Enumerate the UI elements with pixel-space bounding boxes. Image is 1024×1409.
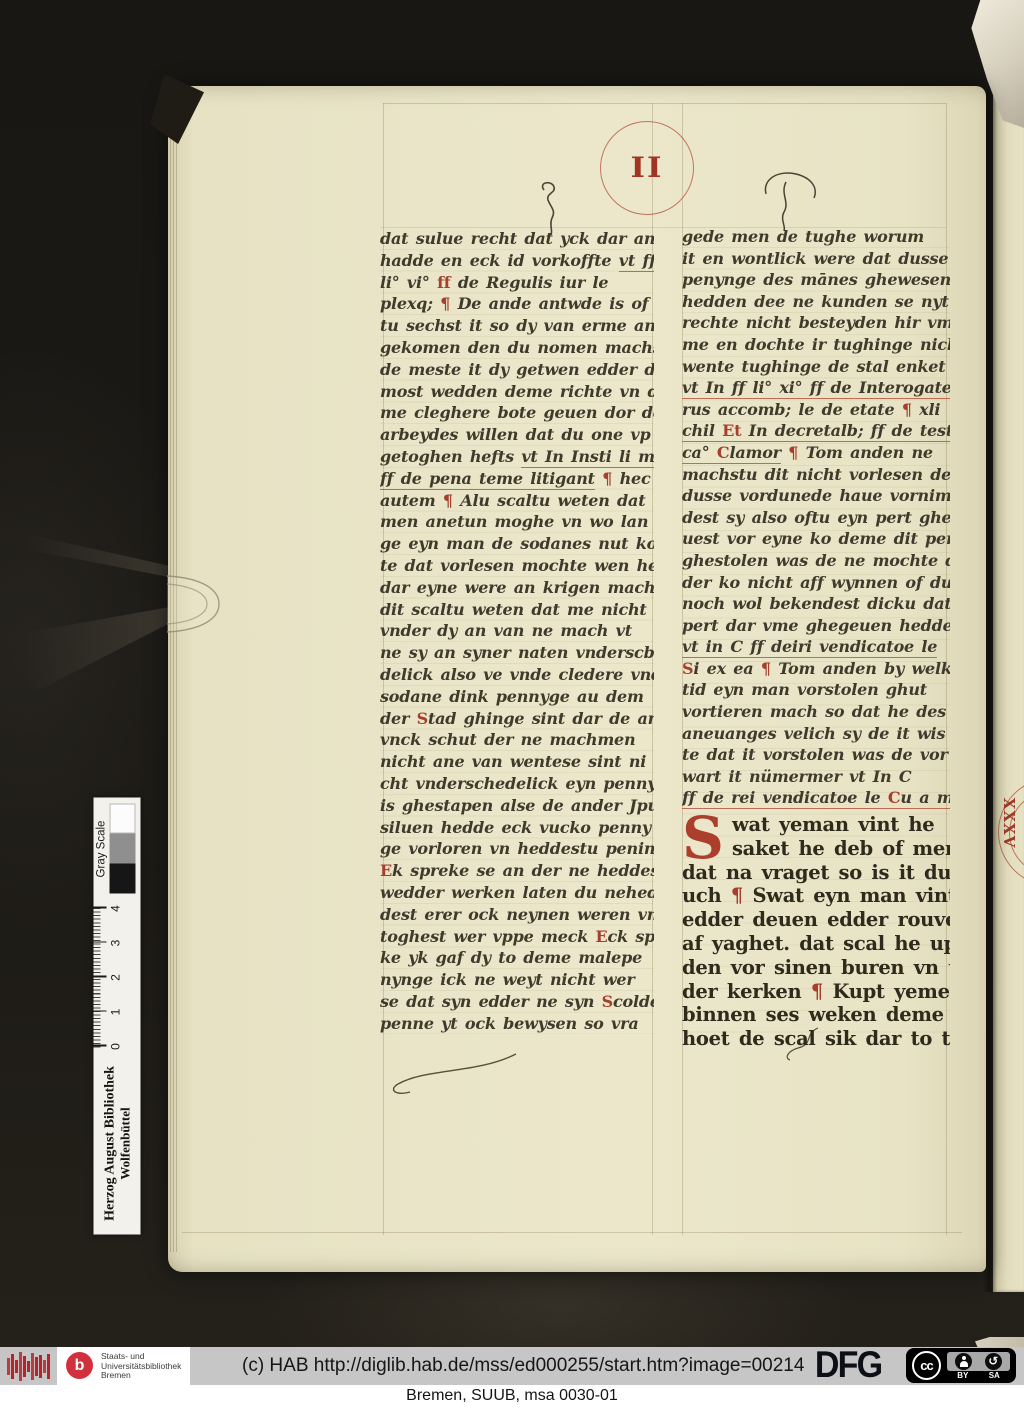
person-head xyxy=(962,1356,966,1360)
manuscript-line: ca° Clamor ¶ Tom anden ne xyxy=(682,442,950,464)
manuscript-line: gede men de tughe worum xyxy=(682,226,950,248)
manuscript-line: vt In ff li° xi° ff de Interogate xyxy=(682,377,950,399)
manuscript-text: den vor sinen buren vn to xyxy=(682,956,950,979)
manuscript-text: arbeydes willen dat du one vp xyxy=(380,425,650,444)
manuscript-text: dat sulue recht dat yck dar ane xyxy=(380,229,654,248)
manuscript-text: hadde en eck id vorkoffte xyxy=(380,251,619,270)
cc-by-sa-block: ↺ BY SA xyxy=(947,1352,1010,1380)
manuscript-text: wart it nümermer vt In C xyxy=(682,767,911,786)
rubricated-text: Et xyxy=(722,421,741,442)
manuscript-text: vnck schut der ne machmen xyxy=(380,730,635,749)
manuscript-text: machstu dit nicht vorlesen des xyxy=(682,465,950,484)
folio-circle: II xyxy=(600,121,694,215)
manuscript-line: edder deuen edder rouveren xyxy=(682,908,950,932)
ruler-major-tick xyxy=(93,941,106,943)
manuscript-line: sodane dink pennyge au dem xyxy=(380,686,654,708)
manuscript-text: saket he deb of men xyxy=(732,837,950,860)
manuscript-text: der kerken xyxy=(682,980,811,1003)
person-body xyxy=(960,1361,968,1367)
rubricated-text: ¶ xyxy=(902,400,919,421)
footer-bar: b Staats- und Universitätsbibliothek Bre… xyxy=(0,1347,1024,1385)
manuscript-line: tu sechst it so dy van erme an xyxy=(380,315,654,337)
manuscript-text: gede men de tughe worum xyxy=(682,227,924,246)
manuscript-text: ne sy an syner naten vnderscbe xyxy=(380,643,654,662)
rubricated-text: ¶ xyxy=(731,884,753,907)
cc-label-row: BY SA xyxy=(947,1371,1010,1380)
manuscript-text: rus accomb; le de etate xyxy=(682,400,902,421)
rubricated-text: ¶ xyxy=(761,659,778,678)
manuscript-text: k spreke se an der ne heddestu xyxy=(392,861,654,880)
centimeter-ruler: 01234 xyxy=(93,900,140,1052)
manuscript-text: wente tughinge de stal enket syn xyxy=(682,357,950,376)
manuscript-line: nicht ane van wentese sint ni xyxy=(380,751,654,773)
manuscript-line: me en dochte ir tughinge nicht xyxy=(682,334,950,356)
manuscript-line: chil Et In decretalb; ff de testibe xyxy=(682,420,950,442)
cc-icon-row: ↺ xyxy=(947,1352,1010,1371)
manuscript-text: dar eyne were an krigen mach xyxy=(380,578,654,597)
manuscript-line: der ko nicht aff wynnen of du xyxy=(682,572,950,594)
manuscript-text: is ghestapen alse de ander Jpue xyxy=(380,796,654,815)
manuscript-line: plexq; ¶ De ande antwde is of xyxy=(380,293,654,315)
manuscript-line: arbeydes willen dat du one vp xyxy=(380,424,654,446)
manuscript-text: tid eyn man vorstolen ghut xyxy=(682,680,927,699)
manuscript-text: Swat eyn man vint xyxy=(752,884,950,907)
manuscript-text: i ex ea xyxy=(693,659,760,678)
manuscript-line: vortieren mach so dat he des xyxy=(682,701,950,723)
ruling-line-horizontal xyxy=(182,1232,962,1233)
grayscale-white-square xyxy=(109,804,135,834)
ruler-number: 1 xyxy=(108,1005,122,1019)
copyright-url-text: (c) HAB http://diglib.hab.de/mss/ed00025… xyxy=(242,1355,804,1377)
manuscript-right-column: gede men de tughe worumit en wontlick we… xyxy=(682,226,950,1051)
manuscript-text: vortieren mach so dat he des xyxy=(682,702,946,721)
manuscript-line: nynge ick ne weyt nicht wer xyxy=(380,969,654,991)
right-column-textura-section: S wat yeman vint hesaket he deb of menda… xyxy=(682,813,950,1051)
manuscript-text: af yaghet. dat scal he upbe xyxy=(682,932,950,955)
cc-sa-label: SA xyxy=(989,1371,1000,1380)
library-name-line1: Herzog August Bibliothek xyxy=(102,1052,117,1234)
manuscript-text: sodane dink pennyge au dem xyxy=(380,687,644,706)
rubricated-text: E xyxy=(380,861,392,880)
manuscript-text: der xyxy=(380,709,417,728)
manuscript-text: noch wol bekendest dicku dat xyxy=(682,594,950,613)
rubricated-text: E xyxy=(596,927,608,946)
ruler-major-tick xyxy=(93,1010,106,1012)
manuscript-line: noch wol bekendest dicku dat xyxy=(682,593,950,615)
manuscript-line: ghestolen was de ne mochte dy xyxy=(682,550,950,572)
rubricated-text: C xyxy=(717,443,730,464)
logo-bar xyxy=(15,1360,18,1373)
grayscale-gray-square xyxy=(109,834,135,864)
manuscript-text: In decretalb; ff de testibe xyxy=(741,421,950,442)
facing-page-sliver: XXXV xyxy=(993,96,1024,1292)
grayscale-label: Gray Scale xyxy=(95,820,107,877)
manuscript-text: vnder dy an van ne mach vt xyxy=(380,621,632,640)
manuscript-text: dusse vordunede haue vornim xyxy=(682,486,950,505)
pen-flourish-icon xyxy=(386,1048,546,1098)
ruler-major-tick xyxy=(93,906,106,908)
logo-bar xyxy=(39,1355,42,1378)
manuscript-line: pert dar vme ghegeuen heddest xyxy=(682,615,950,637)
manuscript-line: rechte nicht besteyden hir vm xyxy=(682,312,950,334)
manuscript-line: me cleghere bote geuen dor des xyxy=(380,402,654,424)
manuscript-text: u a mit xyxy=(900,788,950,809)
manuscript-line: it en wontlick were dat dusse xyxy=(682,248,950,270)
manuscript-text: getoghen hefts xyxy=(380,447,521,466)
manuscript-text: De ande antwde is of xyxy=(458,294,649,313)
manuscript-text: Tom anden by welker xyxy=(778,659,950,678)
manuscript-text: plexq; xyxy=(380,294,440,313)
manuscript-text: nicht ane van wentese sint ni xyxy=(380,752,646,771)
manuscript-line: toghest wer vppe meck Eck spre xyxy=(380,926,654,948)
manuscript-text: Alu scaltu weten dat xyxy=(460,491,645,510)
manuscript-line: dar eyne were an krigen mach xyxy=(380,577,654,599)
manuscript-text: it en wontlick were dat dusse xyxy=(682,249,948,268)
manuscript-line: se dat syn edder ne syn Scolde xyxy=(380,991,654,1013)
manuscript-text: li° vi° xyxy=(380,273,437,294)
manuscript-text: ca° xyxy=(682,443,717,464)
manuscript-text: te dat it vorstolen was de vor xyxy=(682,745,948,764)
manuscript-text: dit scaltu weten dat me nicht xyxy=(380,600,647,619)
manuscript-line: der Stad ghinge sint dar de ane xyxy=(380,708,654,730)
page-stack-edges xyxy=(170,102,177,1252)
ruler-major-tick xyxy=(93,975,106,977)
manuscript-text: ge eyn man de sodanes nut kof xyxy=(380,534,654,553)
library-bars-logo-icon xyxy=(0,1347,57,1385)
manuscript-line: vnck schut der ne machmen xyxy=(380,729,654,751)
manuscript-text: autem xyxy=(380,491,443,510)
manuscript-text: ff de pena teme litigant xyxy=(380,469,595,490)
manuscript-text: rechte nicht besteyden hir vm xyxy=(682,313,950,332)
cc-license-badge: cc ↺ BY SA xyxy=(906,1348,1016,1383)
manuscript-line: vnder dy an van ne mach vt xyxy=(380,620,654,642)
manuscript-line: wart it nümermer vt In C xyxy=(682,766,950,788)
manuscript-line: uch ¶ Swat eyn man vint xyxy=(682,884,950,908)
manuscript-text: cht vnderschedelick eyn pennyg xyxy=(380,774,654,793)
manuscript-text: tu sechst it so dy van erme an xyxy=(380,316,654,335)
logo-bar xyxy=(7,1358,10,1375)
logo-bar xyxy=(11,1354,14,1379)
manuscript-text: wedder werken laten du nehed xyxy=(380,883,654,902)
manuscript-text: wat yeman vint he xyxy=(732,813,934,836)
manuscript-line: ne sy an syner naten vnderscbe xyxy=(380,642,654,664)
manuscript-text: ghestolen was de ne mochte dy xyxy=(682,551,950,570)
manuscript-text: men anetun moghe vn wo lan xyxy=(380,512,648,531)
manuscript-line: wente tughinge de stal enket syn xyxy=(682,356,950,378)
manuscript-text: vt ff xyxy=(619,251,654,272)
bremen-library-logo: b Staats- und Universitätsbibliothek Bre… xyxy=(57,1347,190,1385)
ruling-line-horizontal xyxy=(383,103,946,104)
manuscript-line: wedder werken laten du nehed xyxy=(380,882,654,904)
logo-bar xyxy=(43,1360,46,1373)
shelfmark-caption: Bremen, SUUB, msa 0030-01 xyxy=(0,1387,1024,1405)
manuscript-line: delick also ve vnde cledere vnde xyxy=(380,664,654,686)
manuscript-line: most wedden deme richte vn de xyxy=(380,381,654,403)
logo-bar xyxy=(27,1361,30,1372)
manuscript-line: de meste it dy getwen edder du xyxy=(380,359,654,381)
manuscript-line: den vor sinen buren vn to xyxy=(682,956,950,980)
right-column-cursive-section: gede men de tughe worumit en wontlick we… xyxy=(682,226,950,809)
manuscript-text: de Regulis iur le xyxy=(450,273,608,294)
manuscript-line: Si ex ea ¶ Tom anden by welker xyxy=(682,658,950,680)
manuscript-text: se dat syn edder ne syn xyxy=(380,992,602,1011)
manuscript-line: uest vor eyne ko deme dit pert xyxy=(682,528,950,550)
manuscript-line: dusse vordunede haue vornim xyxy=(682,485,950,507)
cc-by-person-icon xyxy=(955,1353,972,1370)
manuscript-line: hoet de scal sik dar to theen xyxy=(682,1027,950,1051)
manuscript-text: vt In Insti li mi xyxy=(521,447,654,468)
manuscript-line: getoghen hefts vt In Insti li mi xyxy=(380,446,654,468)
manuscript-line: machstu dit nicht vorlesen des xyxy=(682,464,950,486)
manuscript-text: toghest wer vppe meck xyxy=(380,927,596,946)
rubricated-text: S xyxy=(682,659,693,678)
logo-bar xyxy=(19,1352,22,1381)
manuscript-line: is ghestapen alse de ander Jpue xyxy=(380,795,654,817)
rubricated-text: C xyxy=(888,788,901,809)
folio-number: II xyxy=(630,152,663,184)
library-name-line2: Wolfenbüttel xyxy=(117,1052,132,1234)
manuscript-line: ff de pena teme litigant ¶ hec xyxy=(380,468,654,490)
manuscript-text: ck spre xyxy=(608,927,654,946)
manuscript-line: binnen ses weken deme dat xyxy=(682,1003,950,1027)
library-name-label: Herzog August Bibliothek Wolfenbüttel xyxy=(93,1052,140,1234)
page-clip-icon xyxy=(167,568,225,642)
manuscript-line: rus accomb; le de etate ¶ xli xyxy=(682,399,950,421)
ruler-number: 2 xyxy=(108,970,122,984)
manuscript-line: dest sy also oftu eyn pert ghe xyxy=(682,507,950,529)
manuscript-line: men anetun moghe vn wo lan xyxy=(380,511,654,533)
ruler-number: 0 xyxy=(108,1039,122,1053)
manuscript-text: vt in C ff deiri vendicatoe le xyxy=(682,637,937,658)
manuscript-text: binnen ses weken deme dat xyxy=(682,1003,950,1026)
manuscript-line: dit scaltu weten dat me nicht xyxy=(380,599,654,621)
manuscript-page: II dat sulue recht dat yck dar anehadde … xyxy=(168,86,986,1272)
manuscript-left-column: dat sulue recht dat yck dar anehadde en … xyxy=(380,228,654,1034)
manuscript-text: hoet de scal sik dar to theen xyxy=(682,1027,950,1050)
manuscript-text: me en dochte ir tughinge nicht xyxy=(682,335,950,354)
dfg-logo: DFG xyxy=(815,1346,881,1384)
manuscript-text: ge vorloren vn heddestu peninge xyxy=(380,839,654,858)
manuscript-line: dest erer ock neynen weren vn xyxy=(380,904,654,926)
ruler-number: 4 xyxy=(108,901,122,915)
manuscript-text: delick also ve vnde cledere vnde xyxy=(380,665,654,684)
manuscript-text: most wedden deme richte vn de xyxy=(380,382,654,401)
cc-icon: cc xyxy=(912,1351,941,1380)
rubricated-text: S xyxy=(602,992,613,1011)
manuscript-text: aneuanges velich sy de it wis xyxy=(682,724,945,743)
manuscript-text: me cleghere bote geuen dor des xyxy=(380,403,654,422)
manuscript-line: tid eyn man vorstolen ghut xyxy=(682,679,950,701)
manuscript-text: penynge des mānes ghewesen xyxy=(682,270,950,289)
grayscale-target: Gray Scale xyxy=(93,797,140,900)
manuscript-text: chil xyxy=(682,421,722,442)
rubricated-text: ¶ xyxy=(602,469,619,488)
manuscript-text: dest sy also oftu eyn pert ghe xyxy=(682,508,950,527)
logo-bar xyxy=(47,1354,50,1379)
manuscript-line: gekomen den du nomen machst xyxy=(380,337,654,359)
manuscript-text: pert dar vme ghegeuen heddest xyxy=(682,616,950,635)
rubricated-initial: S xyxy=(682,814,724,862)
manuscript-text: Tom anden ne xyxy=(806,443,933,462)
pen-flourish-icon xyxy=(760,168,820,232)
manuscript-line: penynge des mānes ghewesen xyxy=(682,269,950,291)
ruler-major-tick xyxy=(93,1044,106,1046)
manuscript-line: li° vi° ff de Regulis iur le xyxy=(380,272,654,294)
manuscript-line: cht vnderschedelick eyn pennyg xyxy=(380,773,654,795)
bremen-library-name: Staats- und Universitätsbibliothek Breme… xyxy=(101,1352,181,1381)
manuscript-text: hedden dee ne kunden se nyt xyxy=(682,292,949,311)
manuscript-line: vt in C ff deiri vendicatoe le xyxy=(682,636,950,658)
ruler-number: 3 xyxy=(108,936,122,950)
manuscript-text: hec xyxy=(620,469,651,488)
manuscript-line: der kerken ¶ Kupt yeme xyxy=(682,980,950,1004)
manuscript-text: penne yt ock bewysen so vra xyxy=(380,1014,638,1033)
manuscript-line: af yaghet. dat scal he upbe xyxy=(682,932,950,956)
manuscript-text: te dat vorlesen mochte wen he xyxy=(380,556,654,575)
rubricated-text: S xyxy=(417,709,428,728)
manuscript-text: edder deuen edder rouveren xyxy=(682,908,950,931)
grayscale-squares xyxy=(109,804,135,894)
logo-bar xyxy=(23,1356,26,1377)
manuscript-text: der ko nicht aff wynnen of du xyxy=(682,573,950,592)
bremen-b-icon: b xyxy=(66,1352,93,1379)
manuscript-text: lamor xyxy=(729,443,780,464)
rubricated-text: ¶ xyxy=(811,980,833,1003)
cc-sa-arrow-icon: ↺ xyxy=(985,1353,1002,1370)
manuscript-line: hedden dee ne kunden se nyt xyxy=(682,291,950,313)
manuscript-line: Ek spreke se an der ne heddestu xyxy=(380,860,654,882)
manuscript-line: autem ¶ Alu scaltu weten dat xyxy=(380,490,654,512)
manuscript-text: tad ghinge sint dar de ane xyxy=(428,709,654,728)
manuscript-line: te dat vorlesen mochte wen he xyxy=(380,555,654,577)
manuscript-line: aneuanges velich sy de it wis xyxy=(682,723,950,745)
logo-bar xyxy=(35,1357,38,1376)
manuscript-text: vt In ff li° xi° ff de Interogate xyxy=(682,378,950,399)
manuscript-text: Kupt yeme xyxy=(833,980,950,1003)
hab-label-strip-inner: Herzog August Bibliothek Wolfenbüttel 01… xyxy=(93,797,140,1234)
manuscript-line: penne yt ock bewysen so vra xyxy=(380,1013,654,1035)
manuscript-text: ke yk gaf dy to deme malepe xyxy=(380,948,642,967)
manuscript-text: nynge ick ne weyt nicht wer xyxy=(380,970,635,989)
manuscript-text: xli xyxy=(919,400,940,421)
grayscale-black-square xyxy=(109,864,135,894)
bremen-name-line3: Bremen xyxy=(101,1371,181,1381)
manuscript-line: te dat it vorstolen was de vor xyxy=(682,744,950,766)
logo-bar xyxy=(31,1353,34,1380)
manuscript-line: ke yk gaf dy to deme malepe xyxy=(380,947,654,969)
manuscript-text: de meste it dy getwen edder du xyxy=(380,360,654,379)
hab-label-strip: Herzog August Bibliothek Wolfenbüttel 01… xyxy=(93,797,140,1234)
manuscript-line: ge vorloren vn heddestu peninge xyxy=(380,838,654,860)
facing-folio-number: XXXV xyxy=(1000,791,1018,855)
manuscript-text: siluen hedde eck vucko penny xyxy=(380,818,651,837)
manuscript-text: dest erer ock neynen weren vn xyxy=(380,905,654,924)
manuscript-text: uch xyxy=(682,884,731,907)
rubricated-text: ff xyxy=(437,273,450,294)
manuscript-text: uest vor eyne ko deme dit pert xyxy=(682,529,950,548)
manuscript-text: gekomen den du nomen machst xyxy=(380,338,654,357)
digitized-manuscript-viewer-page: { "folio": { "mark": "II", "facing_mark"… xyxy=(0,0,1024,1409)
manuscript-line: siluen hedde eck vucko penny xyxy=(380,817,654,839)
cc-by-label: BY xyxy=(957,1371,968,1380)
manuscript-line: ge eyn man de sodanes nut kof xyxy=(380,533,654,555)
rubricated-text: ¶ xyxy=(788,443,805,462)
rubricated-text: ¶ xyxy=(443,491,460,510)
rubricated-text: ¶ xyxy=(440,294,457,313)
manuscript-line: dat sulue recht dat yck dar ane xyxy=(380,228,654,250)
manuscript-line: hadde en eck id vorkoffte vt ff xyxy=(380,250,654,272)
manuscript-text: colde xyxy=(613,992,654,1011)
